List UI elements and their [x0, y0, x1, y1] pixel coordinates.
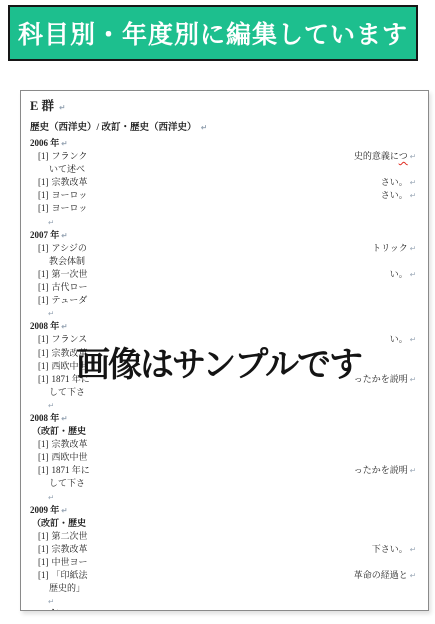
- empty-paragraph-row: ↵: [30, 491, 416, 504]
- question-number: [1]: [38, 531, 49, 541]
- year-section-2006: 2006 年↵ [1]フランク 史的意義につ↵ いて述べ [1]宗教改革 さい。…: [30, 137, 416, 229]
- year-heading: 2009 年↵: [30, 504, 416, 517]
- subject-subheading: （改訂・歴史: [30, 517, 416, 530]
- paragraph-mark-icon: ↵: [48, 307, 54, 320]
- question-text-end: 史的意義に: [354, 151, 399, 161]
- empty-paragraph-row: ↵: [30, 595, 416, 608]
- question-text-end: い。: [390, 269, 408, 279]
- question-number: [1]: [38, 557, 49, 567]
- question-row-continuation: して下さ: [30, 386, 416, 399]
- empty-paragraph-row: ↵: [30, 307, 416, 320]
- question-text-start: テューダ: [52, 295, 88, 305]
- group-title-text: E 群: [30, 99, 54, 113]
- year-text: 2008 年: [30, 321, 59, 331]
- question-number: [1]: [38, 361, 49, 371]
- question-row: [1]古代ロー: [30, 281, 416, 294]
- paragraph-mark-icon: ↵: [410, 270, 416, 279]
- group-title: E 群 ↵: [30, 96, 416, 116]
- year-text: 2010 年: [30, 609, 59, 611]
- question-number: [1]: [38, 282, 49, 292]
- question-text-end: 下さい。: [372, 544, 408, 554]
- paragraph-mark-icon: ↵: [48, 216, 54, 229]
- year-section-2010: 2010 年↵: [30, 608, 416, 611]
- question-text-start: 宗教改革: [52, 544, 88, 554]
- paragraph-mark-icon: ↵: [410, 375, 416, 384]
- question-number: [1]: [38, 334, 49, 344]
- subject-line-text: 歴史（西洋史）/ 改訂・歴史（西洋史）: [30, 123, 197, 133]
- paragraph-mark-icon: ↵: [410, 244, 416, 253]
- question-row-continuation: して下さ: [30, 477, 416, 490]
- question-text-start: 宗教改革: [52, 439, 88, 449]
- paragraph-mark-icon: ↵: [410, 571, 416, 580]
- question-text-end: さい。: [381, 177, 408, 187]
- paragraph-mark-icon: ↵: [410, 178, 416, 187]
- year-heading: 2008 年↵: [30, 320, 416, 333]
- question-number: [1]: [38, 243, 49, 253]
- question-number: [1]: [38, 465, 49, 475]
- question-text-start: 歴史的」: [49, 582, 85, 595]
- question-row-continuation: いて述べ: [30, 163, 416, 176]
- question-number: [1]: [38, 203, 49, 213]
- question-number: [1]: [38, 177, 49, 187]
- question-number: [1]: [38, 374, 49, 384]
- question-number: [1]: [38, 452, 49, 462]
- question-text-start: 古代ロー: [52, 282, 88, 292]
- empty-paragraph-row: ↵: [30, 216, 416, 229]
- question-text-start: 教会体制: [49, 255, 85, 268]
- question-row: [1]ヨーロッ さい。↵: [30, 189, 416, 202]
- question-number: [1]: [38, 295, 49, 305]
- question-row: [1]1871 年に ったかを説明↵: [30, 464, 416, 477]
- spellcheck-wavy-text: つ: [399, 151, 408, 161]
- paragraph-mark-icon: ↵: [48, 595, 54, 608]
- paragraph-mark-icon: ↵: [61, 506, 67, 515]
- paragraph-mark-icon: ↵: [61, 231, 67, 240]
- question-text-start: 中世ヨー: [52, 557, 88, 567]
- paragraph-mark-icon: ↵: [410, 152, 416, 161]
- question-text-start: 「印紙法: [52, 570, 88, 580]
- question-text-start: ヨーロッ: [52, 203, 88, 213]
- question-row: [1]第一次世 い。↵: [30, 268, 416, 281]
- year-text: 2008 年: [30, 413, 59, 423]
- question-text-end: ったかを説明: [354, 465, 408, 475]
- paragraph-mark-icon: ↵: [61, 610, 67, 611]
- question-row: [1]宗教改革: [30, 438, 416, 451]
- empty-paragraph-row: ↵: [30, 399, 416, 412]
- year-section-2009: 2009 年↵ （改訂・歴史 [1]第二次世 [1]宗教改革 下さい。↵ [1]…: [30, 504, 416, 609]
- question-text-start: 第一次世: [52, 269, 88, 279]
- banner: 科目別・年度別に編集しています: [8, 5, 418, 61]
- paragraph-mark-icon: ↵: [410, 466, 416, 475]
- year-heading: 2008 年↵: [30, 412, 416, 425]
- question-row: [1]「印紙法 革命の経過と↵: [30, 569, 416, 582]
- paragraph-mark-icon: ↵: [410, 191, 416, 200]
- paragraph-mark-icon: ↵: [410, 335, 416, 344]
- question-row: [1]テューダ: [30, 294, 416, 307]
- question-number: [1]: [38, 544, 49, 554]
- question-number: [1]: [38, 151, 49, 161]
- question-number: [1]: [38, 190, 49, 200]
- question-number: [1]: [38, 439, 49, 449]
- year-heading: 2010 年↵: [30, 608, 416, 611]
- question-text-start: して下さ: [49, 477, 85, 490]
- question-text-end: い。: [390, 334, 408, 344]
- year-section-2008-b: 2008 年↵ （改訂・歴史 [1]宗教改革 [1]西欧中世 [1]1871 年…: [30, 412, 416, 504]
- paragraph-mark-icon: ↵: [61, 322, 67, 331]
- year-text: 2006 年: [30, 138, 59, 148]
- question-text-start: 宗教改革: [52, 177, 88, 187]
- question-row: [1]宗教改革 下さい。↵: [30, 543, 416, 556]
- question-row: [1]第二次世: [30, 530, 416, 543]
- question-text-start: 西欧中世: [52, 452, 88, 462]
- question-row: [1]ヨーロッ: [30, 202, 416, 215]
- question-row-continuation: 教会体制: [30, 255, 416, 268]
- year-text: 2009 年: [30, 505, 59, 515]
- subject-line: 歴史（西洋史）/ 改訂・歴史（西洋史） ↵: [30, 120, 416, 136]
- question-text-start: 第二次世: [52, 531, 88, 541]
- paragraph-mark-icon: ↵: [61, 414, 67, 423]
- year-text: 2007 年: [30, 230, 59, 240]
- question-text-start: ヨーロッ: [52, 190, 88, 200]
- question-row: [1]フランク 史的意義につ↵: [30, 150, 416, 163]
- question-number: [1]: [38, 269, 49, 279]
- question-row: [1]中世ヨー: [30, 556, 416, 569]
- subject-subheading: （改訂・歴史: [30, 425, 416, 438]
- question-text-start: いて述べ: [49, 163, 85, 176]
- paragraph-mark-icon: ↵: [59, 103, 65, 112]
- paragraph-mark-icon: ↵: [61, 139, 67, 148]
- subheading-text: （改訂・歴史: [32, 517, 86, 530]
- sample-watermark: 画像はサンプルです: [76, 337, 361, 386]
- question-row: [1]宗教改革 さい。↵: [30, 176, 416, 189]
- paragraph-mark-icon: ↵: [48, 399, 54, 412]
- question-number: [1]: [38, 348, 49, 358]
- question-text-start: アシジの: [52, 243, 87, 253]
- paragraph-mark-icon: ↵: [201, 123, 207, 132]
- question-row: [1]西欧中世: [30, 451, 416, 464]
- year-section-2007: 2007 年↵ [1]アシジの トリック↵ 教会体制 [1]第一次世 い。↵ […: [30, 229, 416, 321]
- question-text-end: 革命の経過と: [354, 570, 408, 580]
- year-heading: 2007 年↵: [30, 229, 416, 242]
- question-row: [1]アシジの トリック↵: [30, 242, 416, 255]
- paragraph-mark-icon: ↵: [48, 491, 54, 504]
- question-text-start: して下さ: [49, 386, 85, 399]
- question-text-start: フランク: [52, 151, 88, 161]
- question-text-end: トリック: [372, 243, 408, 253]
- question-text-start: 1871 年に: [52, 465, 90, 475]
- question-text-end: さい。: [381, 190, 408, 200]
- banner-label: 科目別・年度別に編集しています: [18, 15, 408, 51]
- question-text-end: ったかを説明: [354, 374, 408, 384]
- subheading-text: （改訂・歴史: [32, 425, 86, 438]
- paragraph-mark-icon: ↵: [410, 545, 416, 554]
- question-number: [1]: [38, 570, 49, 580]
- year-heading: 2006 年↵: [30, 137, 416, 150]
- question-row-continuation: 歴史的」: [30, 582, 416, 595]
